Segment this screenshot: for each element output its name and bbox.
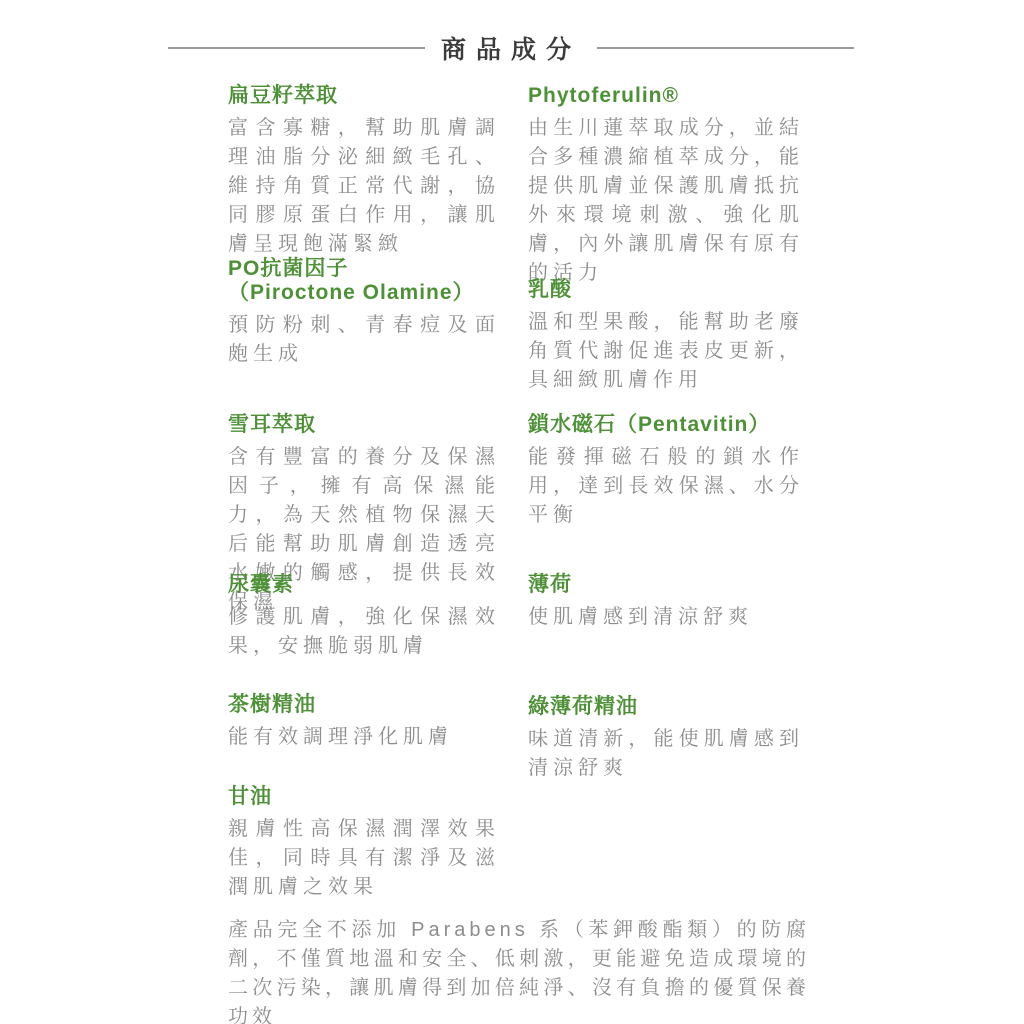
ingredient-heading: 雪耳萃取: [228, 413, 500, 437]
ingredient-heading: PO抗菌因子 （Piroctone Olamine）: [228, 257, 500, 305]
ingredient-section-glycerin: 甘油 親膚性高保濕潤澤效果佳，同時具有潔淨及滋潤肌膚之效果: [228, 785, 500, 902]
ingredient-description: 修護肌膚，強化保濕效果，安撫脆弱肌膚: [228, 603, 500, 661]
title-divider-left: [168, 47, 425, 49]
ingredient-heading: 乳酸: [528, 278, 804, 302]
ingredient-heading: 薄荷: [528, 573, 804, 597]
ingredient-section-mint: 薄荷 使肌膚感到清涼舒爽: [528, 573, 804, 632]
page-title: 商品成分: [425, 30, 597, 66]
ingredient-section-tea-tree-oil: 茶樹精油 能有效調理淨化肌膚: [228, 693, 500, 752]
paraben-free-note: 產品完全不添加 Parabens 系（苯鉀酸酯類）的防腐劑，不僅質地溫和安全、低…: [228, 916, 810, 1024]
ingredient-section-phytoferulin: Phytoferulin® 由生川蓮萃取成分，並結合多種濃縮植萃成分，能提供肌膚…: [528, 84, 804, 288]
title-divider-right: [597, 47, 854, 49]
section-header: 商品成分: [168, 34, 854, 62]
ingredient-heading: 茶樹精油: [228, 693, 500, 717]
ingredient-description: 使肌膚感到清涼舒爽: [528, 603, 804, 632]
ingredient-heading: 扁豆籽萃取: [228, 84, 500, 108]
ingredient-description: 能發揮磁石般的鎖水作用，達到長效保濕、水分平衡: [528, 443, 804, 530]
ingredient-heading: 甘油: [228, 785, 500, 809]
ingredient-description: 由生川蓮萃取成分，並結合多種濃縮植萃成分，能提供肌膚並保護肌膚抵抗外來環境刺激、…: [528, 114, 804, 288]
ingredient-description: 親膚性高保濕潤澤效果佳，同時具有潔淨及滋潤肌膚之效果: [228, 815, 500, 902]
ingredient-section-pentavitin: 鎖水磁石（Pentavitin） 能發揮磁石般的鎖水作用，達到長效保濕、水分平衡: [528, 413, 804, 530]
ingredient-heading: 鎖水磁石（Pentavitin）: [528, 413, 804, 437]
ingredient-section-piroctone-olamine: PO抗菌因子 （Piroctone Olamine） 預防粉刺、青春痘及面皰生成: [228, 257, 500, 369]
ingredient-heading: Phytoferulin®: [528, 84, 804, 108]
product-ingredients-page: 商品成分 扁豆籽萃取 富含寡糖，幫助肌膚調理油脂分泌細緻毛孔、維持角質正常代謝，…: [0, 0, 1024, 1024]
ingredient-section-lactic-acid: 乳酸 溫和型果酸，能幫助老廢角質代謝促進表皮更新，具細緻肌膚作用: [528, 278, 804, 395]
ingredient-heading: 尿囊素: [228, 573, 500, 597]
ingredient-description: 溫和型果酸，能幫助老廢角質代謝促進表皮更新，具細緻肌膚作用: [528, 308, 804, 395]
ingredient-description: 預防粉刺、青春痘及面皰生成: [228, 311, 500, 369]
ingredient-section-allantoin: 尿囊素 修護肌膚，強化保濕效果，安撫脆弱肌膚: [228, 573, 500, 661]
ingredient-description: 富含寡糖，幫助肌膚調理油脂分泌細緻毛孔、維持角質正常代謝，協同膠原蛋白作用，讓肌…: [228, 114, 500, 259]
ingredient-section-lentil-seed: 扁豆籽萃取 富含寡糖，幫助肌膚調理油脂分泌細緻毛孔、維持角質正常代謝，協同膠原蛋…: [228, 84, 500, 259]
ingredient-section-spearmint-oil: 綠薄荷精油 味道清新，能使肌膚感到清涼舒爽: [528, 695, 804, 783]
ingredient-description: 能有效調理淨化肌膚: [228, 723, 500, 752]
ingredient-description: 味道清新，能使肌膚感到清涼舒爽: [528, 725, 804, 783]
ingredient-heading: 綠薄荷精油: [528, 695, 804, 719]
